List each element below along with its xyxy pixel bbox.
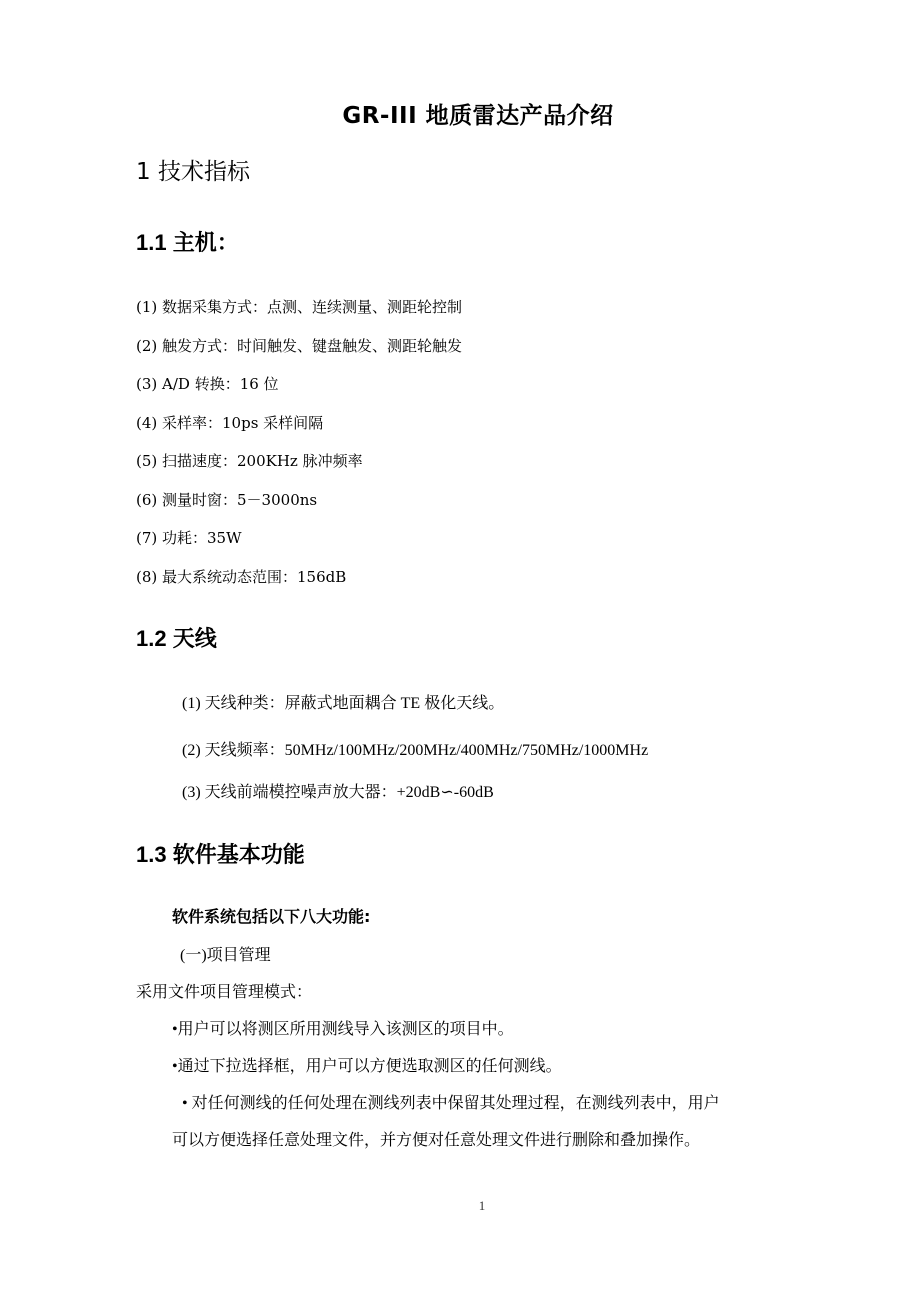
bullet-item: •通过下拉选择框，用户可以方便选取测区的任何测线。	[172, 1053, 562, 1076]
document-title: GR-III 地质雷达产品介绍	[0, 97, 920, 130]
bullet-item-continuation: 可以方便选择任意处理文件，并方便对任意处理文件进行删除和叠加操作。	[172, 1127, 700, 1150]
section-heading-software: 1.3 软件基本功能	[136, 838, 305, 869]
spec-item: (5) 扫描速度：200KHz 脉冲频率	[136, 450, 363, 471]
section-heading-host: 1.1 主机：	[136, 226, 239, 257]
section-heading-technical-specs: 1 技术指标	[136, 153, 250, 186]
page-number: 1	[0, 1198, 920, 1214]
bullet-item: •用户可以将测区所用测线导入该测区的项目中。	[172, 1016, 514, 1039]
antenna-item: (2) 天线频率：50MHz/100MHz/200MHz/400MHz/750M…	[182, 737, 648, 760]
software-mode: 采用文件项目管理模式：	[136, 979, 312, 1002]
section-heading-antenna: 1.2 天线	[136, 622, 217, 653]
spec-item: (8) 最大系统动态范围：156dB	[136, 566, 346, 587]
spec-item: (1) 数据采集方式：点测、连续测量、测距轮控制	[136, 296, 462, 317]
software-intro: 软件系统包括以下八大功能:	[172, 904, 370, 927]
spec-item: (2) 触发方式：时间触发、键盘触发、测距轮触发	[136, 335, 462, 356]
antenna-item: (1) 天线种类：屏蔽式地面耦合 TE 极化天线。	[182, 690, 504, 713]
antenna-item: (3) 天线前端模控噪声放大器：+20dB∽-60dB	[182, 779, 494, 802]
spec-item: (4) 采样率：10ps 采样间隔	[136, 412, 323, 433]
spec-item: (3) A/D 转换：16 位	[136, 373, 279, 394]
software-subheading: (一)项目管理	[180, 942, 271, 965]
spec-item: (6) 测量时窗：5－3000ns	[136, 489, 317, 510]
spec-item: (7) 功耗：35W	[136, 527, 242, 548]
bullet-item: • 对任何测线的任何处理在测线列表中保留其处理过程，在测线列表中，用户	[182, 1090, 720, 1113]
